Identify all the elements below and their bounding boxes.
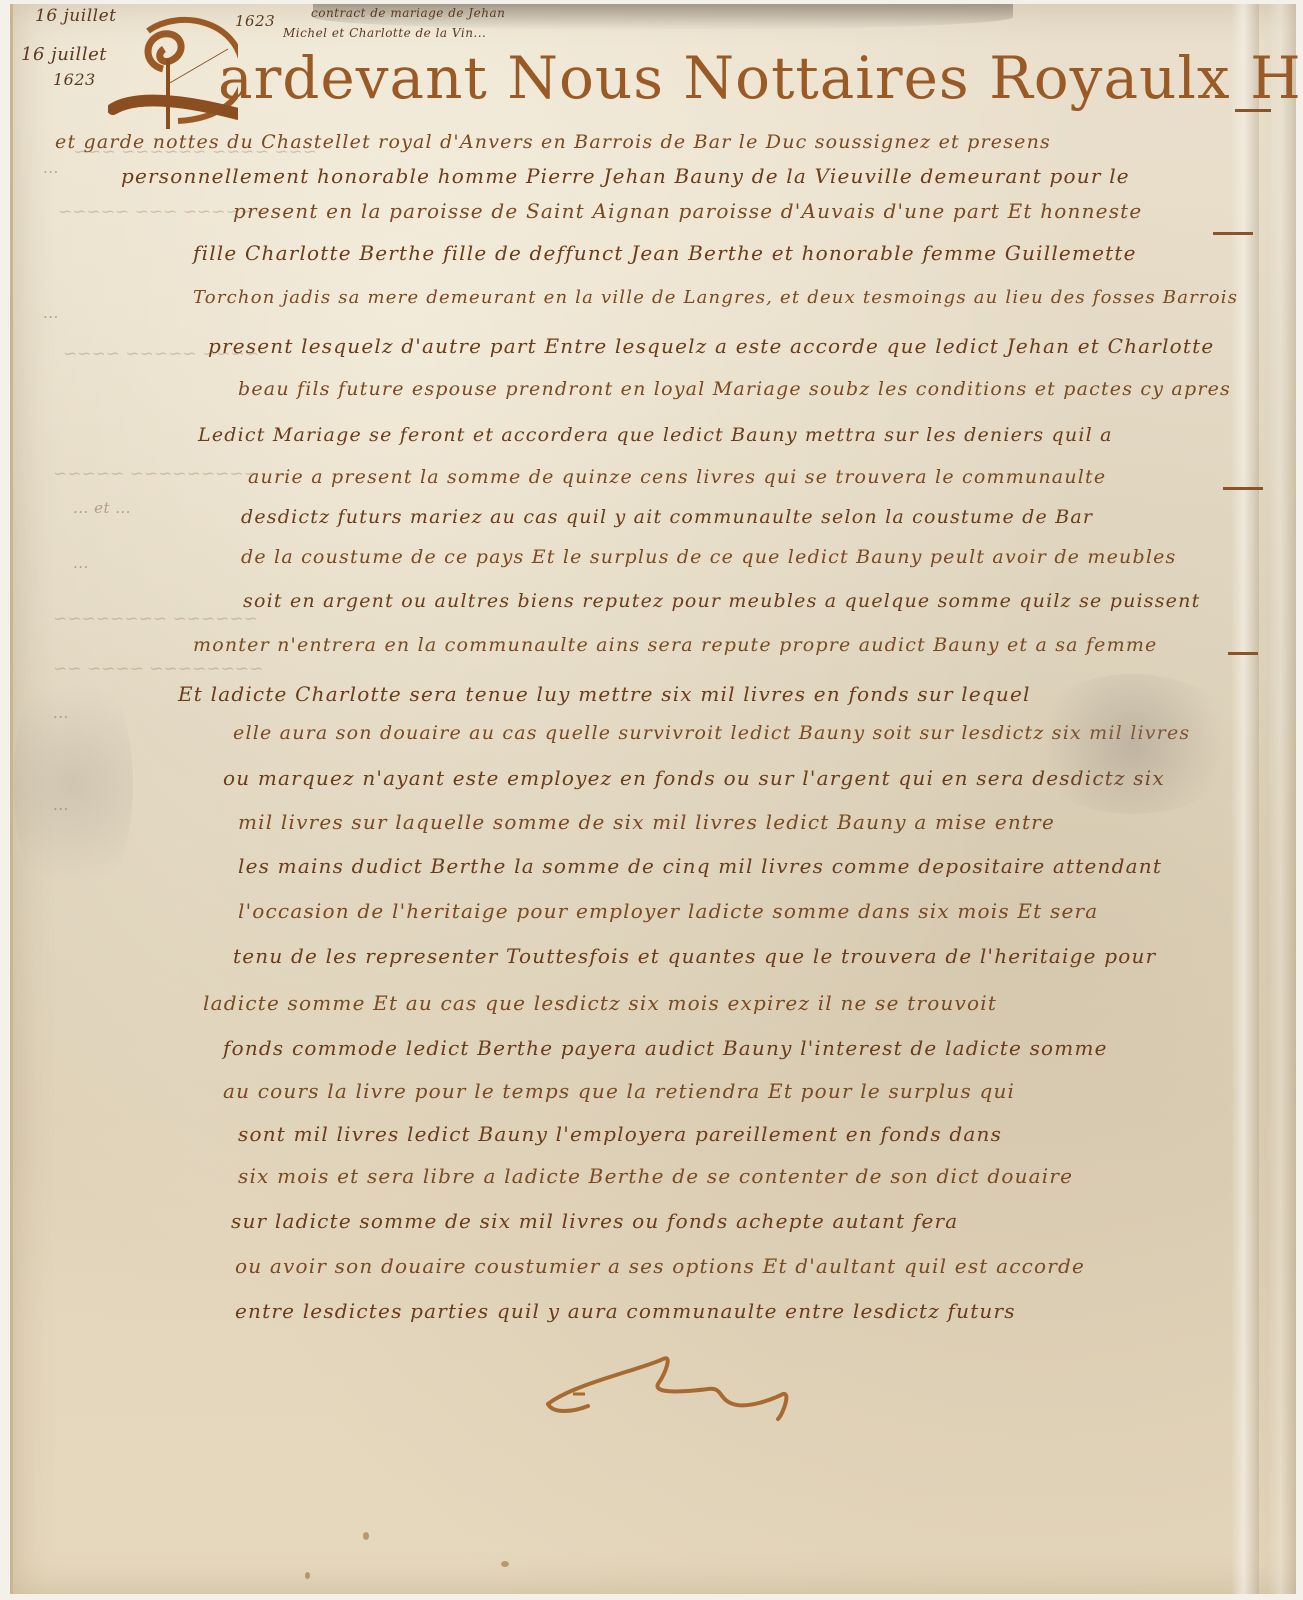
line-filler-dash [1228, 652, 1258, 655]
margin-date-top: 16 juillet [35, 6, 116, 26]
headline-text: ardevant Nous Nottaires Royaulx Heredita… [218, 44, 1303, 112]
body-line: Ledict Mariage se feront et accordera qu… [198, 424, 1113, 446]
margin-annotation: ... et ... [73, 499, 131, 517]
paper-fold [1231, 4, 1259, 1594]
bleed-through-text: ~~~~~~~~~ ~~~~~ [53, 464, 258, 484]
water-stain [13, 654, 133, 914]
line-filler-dash [1213, 232, 1253, 235]
body-line: les mains dudict Berthe la somme de cinq… [238, 854, 1162, 878]
ink-stain [363, 1532, 369, 1540]
body-line: ou marquez n'ayant este employez en fond… [223, 766, 1165, 790]
body-line: six mois et sera libre a ladicte Berthe … [238, 1164, 1073, 1188]
body-line: ou avoir son douaire coustumier a ses op… [235, 1254, 1085, 1278]
body-line: au cours la livre pour le temps que la r… [223, 1079, 1015, 1103]
margin-header-note-2: Michel et Charlotte de la Vin... [283, 26, 486, 40]
body-line: sont mil livres ledict Bauny l'employera… [238, 1122, 1002, 1146]
body-line: entre lesdictes parties quil y aura comm… [235, 1299, 1016, 1323]
body-line: sur ladicte somme de six mil livres ou f… [231, 1209, 958, 1233]
body-line: aurie a present la somme de quinze cens … [248, 466, 1106, 488]
line-filler-dash [1223, 487, 1263, 490]
margin-year-left: 1623 [53, 70, 96, 89]
body-line: beau fils future espouse prendront en lo… [238, 378, 1231, 400]
ink-stain [501, 1561, 509, 1567]
body-line: mil livres sur laquelle somme de six mil… [238, 810, 1055, 834]
line-filler-dash [1235, 109, 1271, 112]
margin-header-note-1: contract de mariage de Jehan [311, 6, 505, 20]
water-stain [1023, 674, 1243, 814]
bleed-through-text: ~~~~~~ ~~~~~~~~ [53, 609, 258, 629]
body-line: tenu de les representer Touttesfois et q… [233, 944, 1156, 968]
body-line: l'occasion de l'heritaige pour employer … [238, 899, 1098, 923]
body-line: et garde nottes du Chastellet royal d'An… [55, 131, 1051, 153]
headline: ardevant Nous Nottaires Royaulx Heredita… [218, 44, 1303, 112]
margin-year-top: 1623 [235, 12, 275, 30]
paper-fold [1268, 4, 1296, 1594]
ink-stain [305, 1572, 310, 1579]
margin-annotation: ... [43, 159, 59, 177]
body-line: Torchon jadis sa mere demeurant en la vi… [193, 287, 1238, 308]
body-line: desdictz futurs mariez au cas quil y ait… [241, 506, 1093, 528]
body-line: fonds commode ledict Berthe payera audic… [223, 1036, 1108, 1060]
body-line: de la coustume de ce pays Et le surplus … [241, 546, 1177, 568]
body-line: personnellement honorable homme Pierre J… [121, 164, 1130, 188]
signature-paraph-icon [533, 1354, 803, 1434]
body-line: soit en argent ou aultres biens reputez … [243, 590, 1200, 612]
body-line: fille Charlotte Berthe fille de deffunct… [193, 241, 1137, 265]
margin-annotation: ... [43, 304, 59, 322]
body-line: Et ladicte Charlotte sera tenue luy mett… [178, 682, 1031, 706]
body-line: ladicte somme Et au cas que lesdictz six… [203, 991, 997, 1015]
body-line: present en la paroisse de Saint Aignan p… [233, 199, 1142, 223]
body-line: present lesquelz d'autre part Entre lesq… [208, 334, 1214, 358]
margin-date-left: 16 juillet [21, 44, 107, 65]
margin-annotation: ... [73, 554, 89, 572]
manuscript-sheet: 16 juillet 16 juillet 1623 1623 contract… [10, 4, 1296, 1594]
body-line: monter n'entrera en la communaulte ains … [193, 634, 1158, 656]
